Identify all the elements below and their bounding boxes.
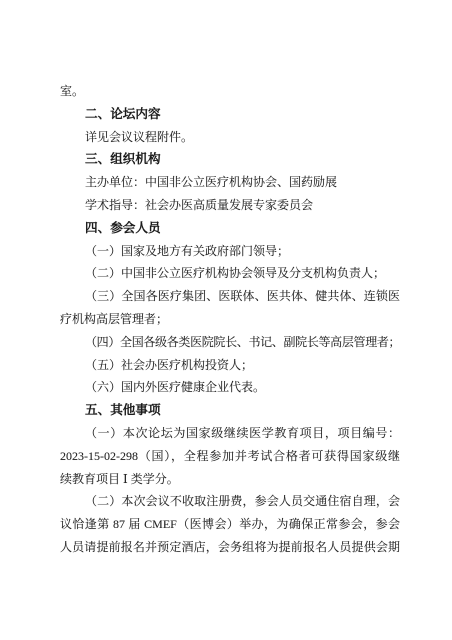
document-line-cmef: 议恰逢第 87 届 CMEF（医博会）举办，为确保正常参会，参会 — [60, 513, 400, 536]
heading-other-matters: 五、其他事项 — [60, 399, 400, 422]
document-line-item-5: （五）社会办医疗机构投资人； — [60, 354, 400, 377]
heading-organization: 三、组织机构 — [60, 148, 400, 171]
document-line-credits: 续教育项目 Ⅰ 类学分。 — [60, 468, 400, 491]
document-body: 室。 二、论坛内容 详见会议议程附件。 三、组织机构 主办单位：中国非公立医疗机… — [60, 80, 400, 559]
document-page: 室。 二、论坛内容 详见会议议程附件。 三、组织机构 主办单位：中国非公立医疗机… — [0, 0, 452, 640]
document-line-project-number: 2023-15-02-298（国），全程参加并考试合格者可获得国家级继 — [60, 445, 400, 468]
document-line-item-6: （六）国内外医疗健康企业代表。 — [60, 376, 400, 399]
document-line-academic-guidance: 学术指导：社会办医高质量发展专家委员会 — [60, 194, 400, 217]
heading-participants: 四、参会人员 — [60, 217, 400, 240]
document-line-registration: （二）本次会议不收取注册费，参会人员交通住宿自理，会 — [60, 490, 400, 513]
continuation-line: 室。 — [60, 80, 400, 103]
document-line-item-3-continued: 疗机构高层管理者； — [60, 308, 400, 331]
document-line-item-3: （三）全国各医疗集团、医联体、医共体、健共体、连锁医 — [60, 285, 400, 308]
document-line-item-1: （一）国家及地方有关政府部门领导； — [60, 240, 400, 263]
document-line-item-4: （四）全国各级各类医院院长、书记、副院长等高层管理者； — [60, 331, 400, 354]
document-line: 详见会议议程附件。 — [60, 126, 400, 149]
document-line-hotel-booking: 人员请提前报名并预定酒店，会务组将为提前报名人员提供会期 — [60, 536, 400, 559]
document-line-cme-project: （一）本次论坛为国家级继续医学教育项目，项目编号： — [60, 422, 400, 445]
heading-forum-content: 二、论坛内容 — [60, 103, 400, 126]
document-line-host-unit: 主办单位：中国非公立医疗机构协会、国药励展 — [60, 171, 400, 194]
document-line-item-2: （二）中国非公立医疗机构协会领导及分支机构负责人； — [60, 262, 400, 285]
